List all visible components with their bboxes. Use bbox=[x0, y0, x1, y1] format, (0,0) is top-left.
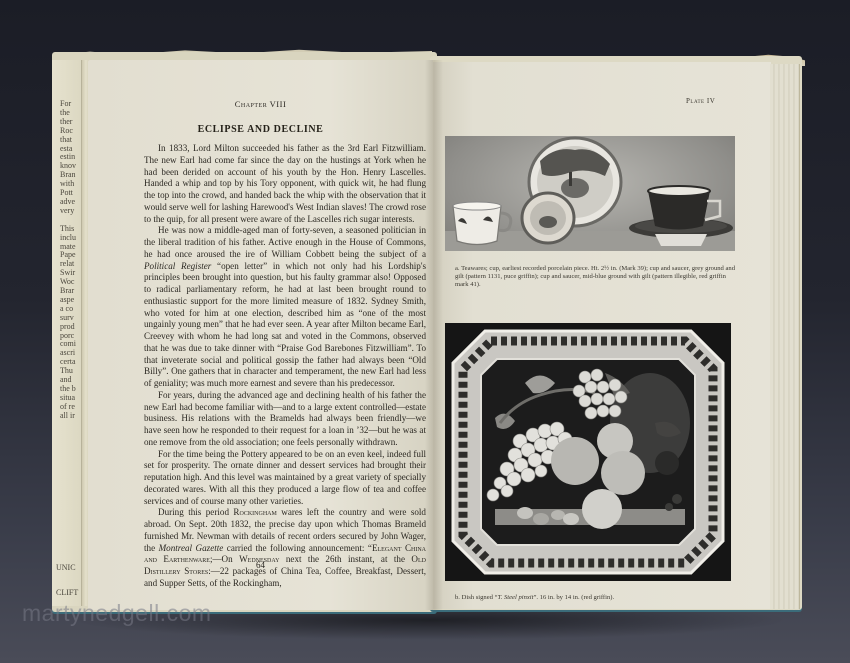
paragraph: During this period Rockingham wares left… bbox=[144, 507, 426, 589]
figure-b-caption-pre: Dish signed “ bbox=[462, 594, 498, 601]
page-number: 64 bbox=[88, 560, 433, 570]
paragraph: He was now a middle-aged man of forty-se… bbox=[144, 225, 426, 390]
teawares-photograph bbox=[445, 136, 735, 251]
jacket-flap-text: For the ther Roc that esta estin knov Br… bbox=[60, 100, 82, 421]
chapter-body-text: In 1833, Lord Milton succeeded his fathe… bbox=[144, 143, 426, 590]
page-block-edge bbox=[770, 64, 800, 609]
plate-label: Plate IV bbox=[686, 97, 715, 105]
jacket-flap-lower-text: UNIC CLIFT Printed reps bbox=[56, 555, 79, 606]
still-life-dish-image bbox=[445, 323, 731, 581]
chapter-heading: Chapter VIII bbox=[88, 99, 433, 109]
figure-a-letter: a. bbox=[455, 265, 460, 272]
book-gutter bbox=[425, 60, 443, 610]
figure-b-caption-italic: T. Steel pinxit bbox=[498, 594, 534, 601]
paragraph: For the time being the Pottery appeared … bbox=[144, 449, 426, 508]
figure-b-caption: b. Dish signed “T. Steel pinxit”. 16 in.… bbox=[455, 594, 735, 602]
dish-photograph bbox=[445, 323, 731, 581]
dust-jacket-flap: For the ther Roc that esta estin knov Br… bbox=[52, 60, 82, 606]
figure-b-caption-post: ”. 16 in. by 14 in. (red griffin). bbox=[533, 594, 614, 601]
figure-a-caption: a. Teawares; cup, earliest recorded porc… bbox=[455, 265, 735, 289]
figure-a-caption-text: Teawares; cup, earliest recorded porcela… bbox=[455, 265, 735, 288]
figure-b-letter: b. bbox=[455, 594, 460, 601]
teawares-image bbox=[445, 136, 735, 251]
chapter-title: ECLIPSE AND DECLINE bbox=[88, 124, 433, 135]
paragraph: For years, during the advanced age and d… bbox=[144, 390, 426, 449]
paragraph: In 1833, Lord Milton succeeded his fathe… bbox=[144, 143, 426, 225]
watermark: martynedgell.com bbox=[22, 600, 212, 627]
